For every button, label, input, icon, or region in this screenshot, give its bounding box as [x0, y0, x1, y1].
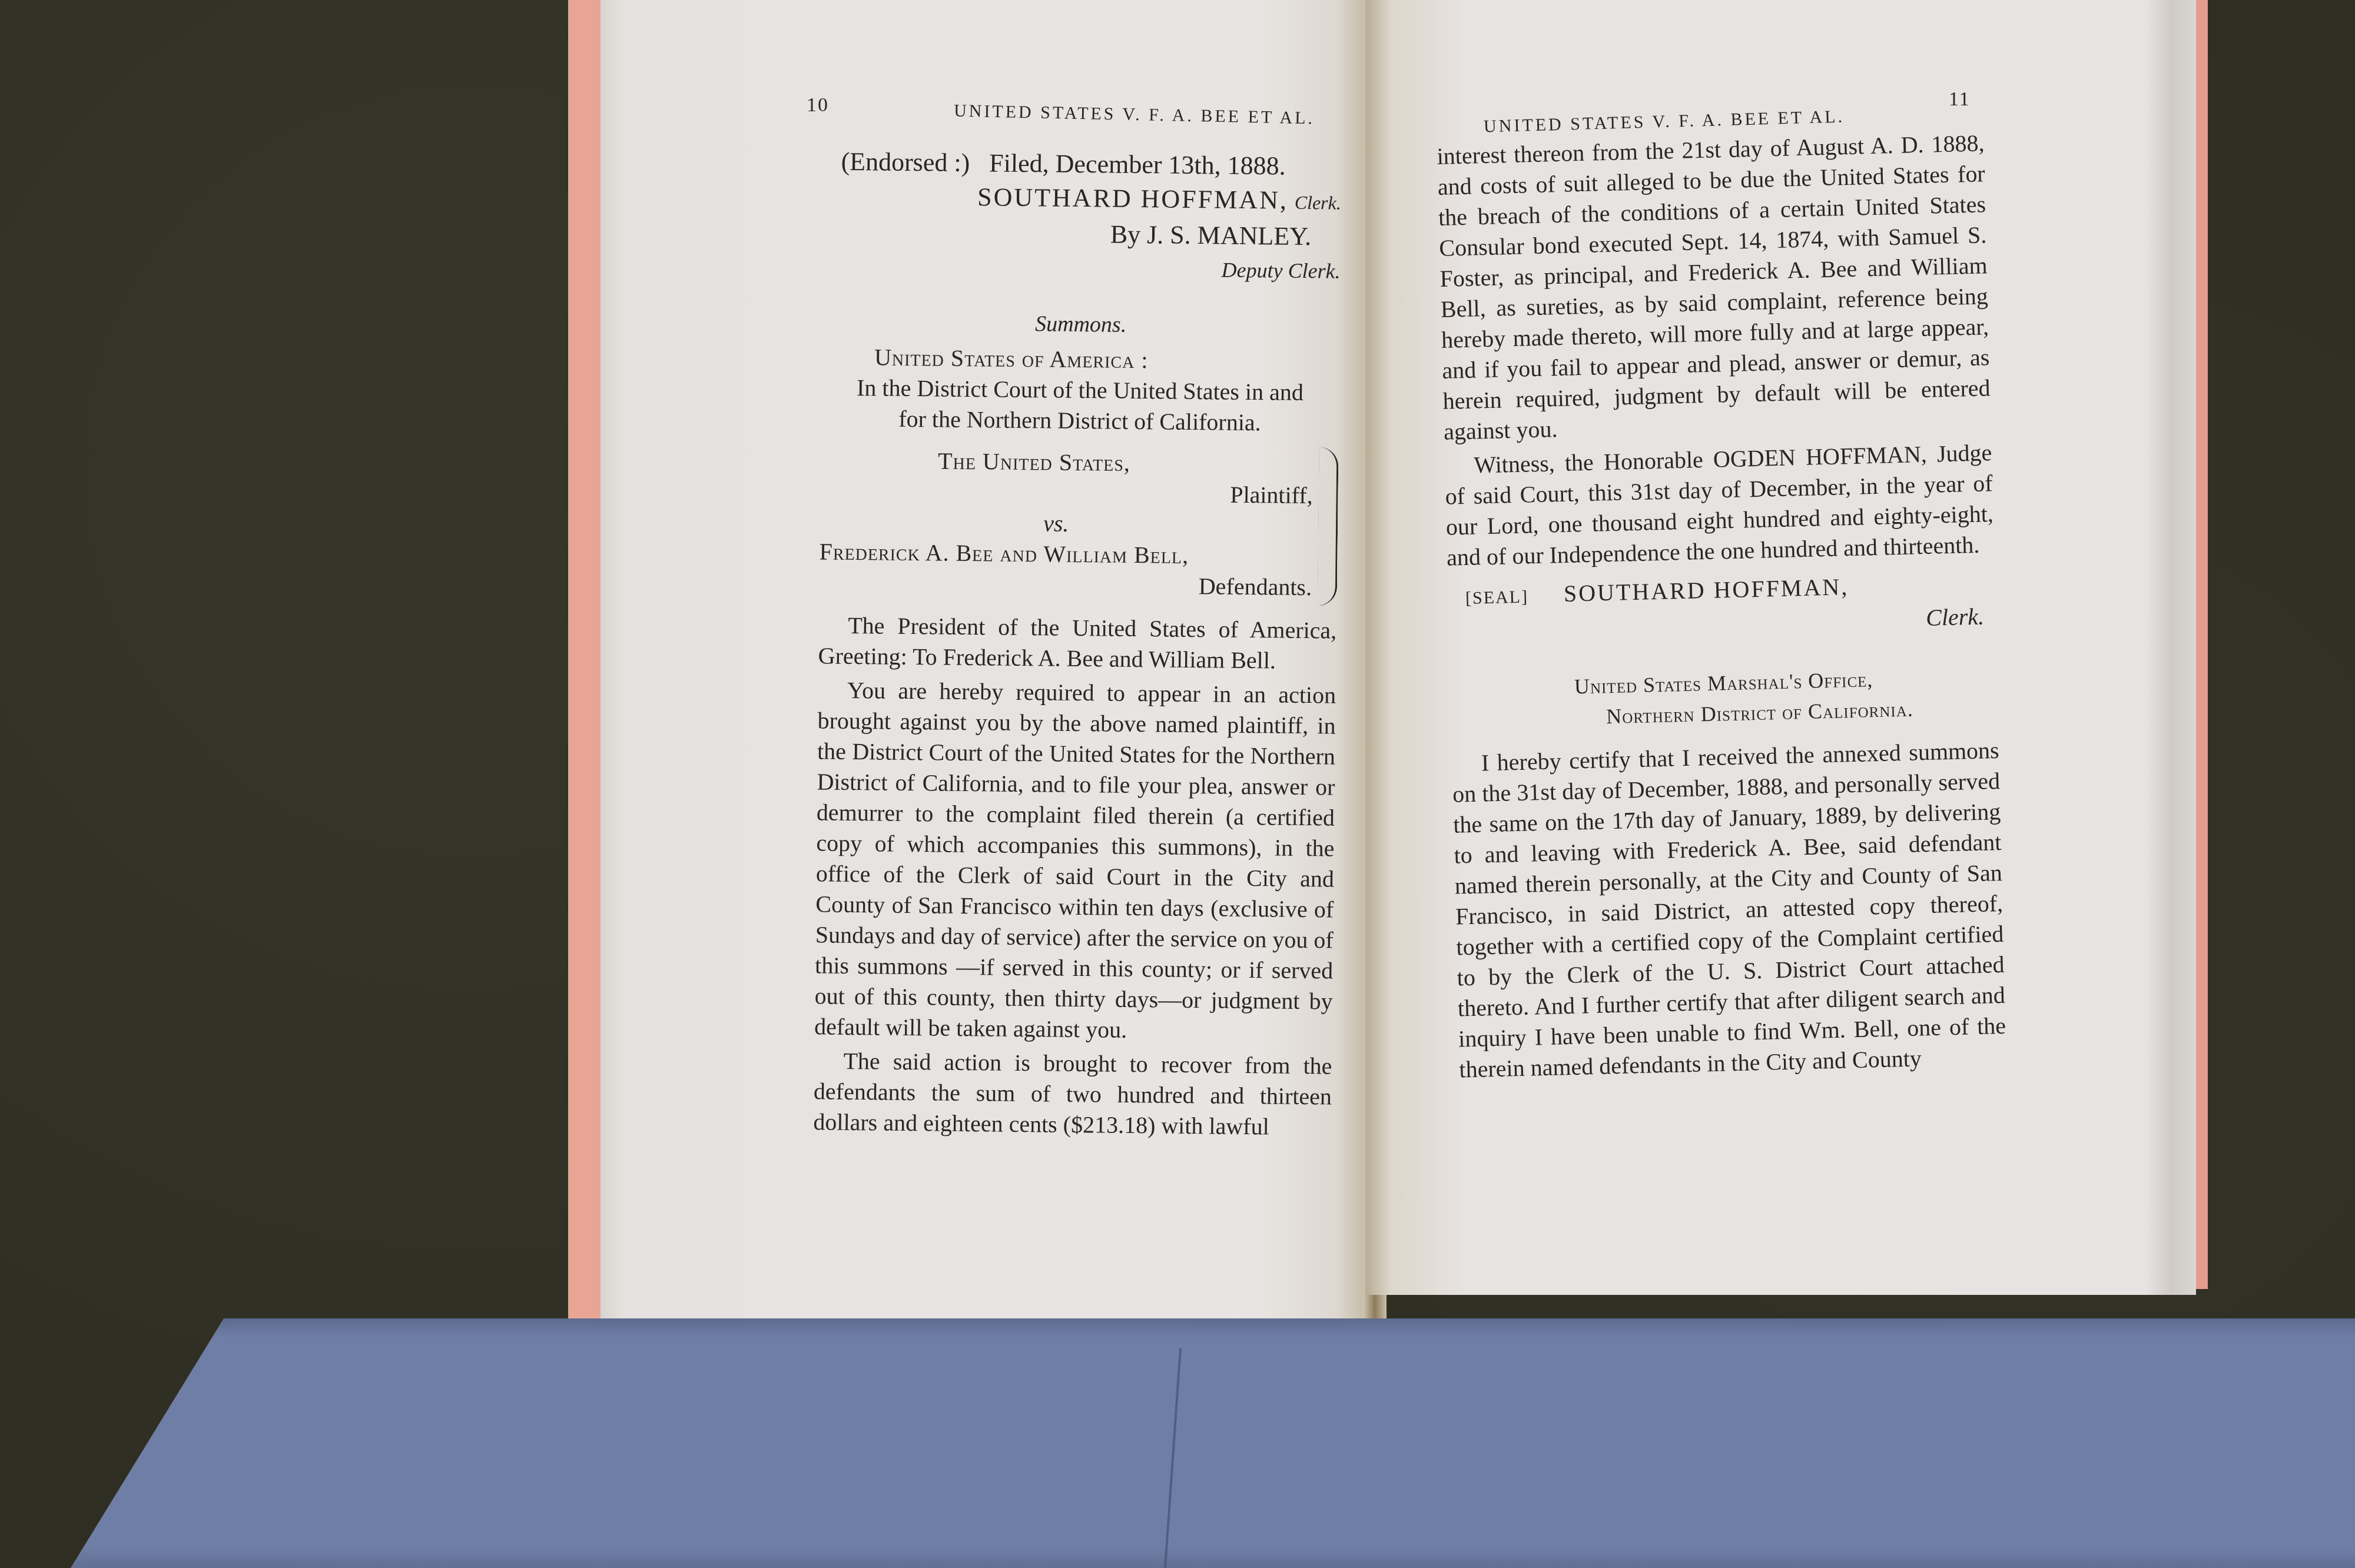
certificate-paragraph: I hereby certify that I received the ann… [1451, 735, 2007, 1085]
greeting-paragraph: The President of the United States of Am… [818, 610, 1336, 676]
witness-paragraph: Witness, the Honorable OGDEN HOFFMAN, Ju… [1444, 437, 1995, 573]
page-number-right: 11 [1949, 88, 1971, 111]
book-edge-right [2195, 0, 2208, 1289]
summons-paragraph: You are hereby required to appear in an … [814, 675, 1336, 1047]
filed-date: Filed, December 13th, 1888. [989, 148, 1286, 180]
page-number-left: 10 [807, 94, 829, 117]
left-page: 10 UNITED STATES v. F. A. BEE ET AL. (En… [601, 0, 1375, 1330]
deputy-title: Deputy Clerk. [822, 248, 1341, 288]
case-caption: The United States, Plaintiff, vs. Freder… [819, 441, 1339, 606]
jurisdiction-heading: United States of America : [821, 341, 1339, 377]
plaintiff-role: Plaintiff, [820, 475, 1312, 511]
clerk-title: Clerk. [1295, 192, 1341, 214]
defendants-role: Defendants. [819, 567, 1312, 603]
by-line: By J. S. MANLEY. [822, 214, 1341, 254]
endorsement: (Endorsed :) Filed, December 13th, 1888.… [822, 144, 1341, 288]
signature-name: SOUTHARD HOFFMAN, [1563, 572, 1849, 609]
summons-heading: Summons. [821, 306, 1339, 342]
clerk-name: SOUTHARD HOFFMAN, [977, 182, 1288, 215]
versus: vs. [820, 506, 1312, 542]
action-paragraph: The said action is brought to recover fr… [813, 1045, 1332, 1142]
right-page: UNITED STATES v. F. A. BEE ET AL. 11 int… [1366, 0, 2196, 1295]
defendants-names: Frederick A. Bee and William Bell, [819, 536, 1312, 572]
court-line-2: for the Northern District of California. [821, 403, 1339, 438]
court-line-1: In the District Court of the United Stat… [821, 372, 1339, 408]
foam-shading [0, 1318, 2355, 1568]
brace-icon [1318, 447, 1339, 606]
right-text-block: interest thereon from the 21st day of Au… [1437, 128, 2007, 1085]
running-head-left: UNITED STATES v. F. A. BEE ET AL. [954, 101, 1315, 129]
left-text-block: (Endorsed :) Filed, December 13th, 1888.… [813, 144, 1342, 1142]
plaintiff-name: The United States, [820, 444, 1313, 480]
book-edge-left [568, 0, 605, 1330]
endorsed-label: (Endorsed :) [841, 147, 970, 177]
interest-paragraph: interest thereon from the 21st day of Au… [1437, 128, 1991, 447]
seal-mark: SEAL [1465, 582, 1528, 614]
